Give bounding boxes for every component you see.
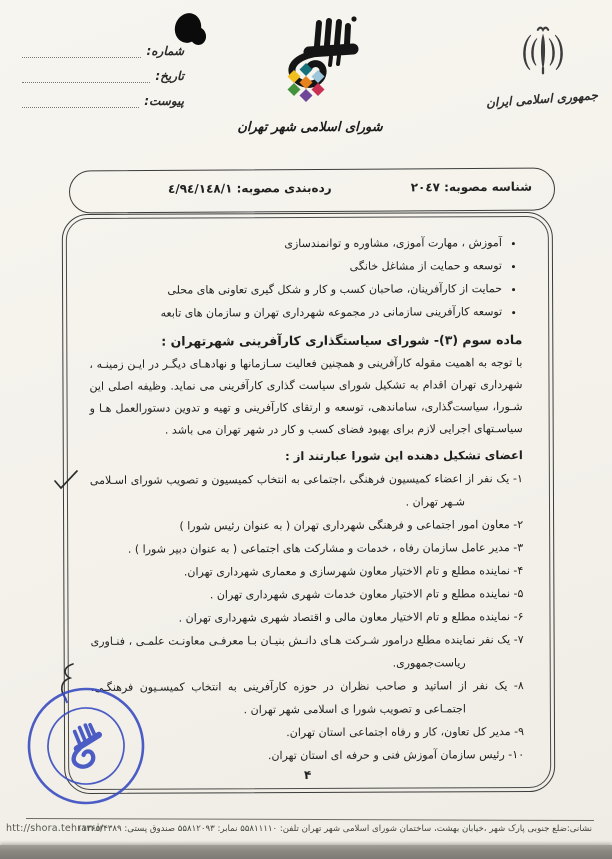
field-date-label: تاریخ: <box>150 69 184 83</box>
letterhead-fields: شماره: تاریخ: پیوست: <box>22 44 184 119</box>
ink-blot <box>168 10 212 54</box>
member-item: ۷- یک نفر نماینده مطلع درامور شـرکت هـای… <box>91 628 524 676</box>
scanned-document-page: جمهوری اسلامی ایران <box>0 0 612 859</box>
office-stamp: اداره مصوبات شورای اسلامی شهر تهران ✽ <box>24 684 148 808</box>
meta-bar: شناسه مصوبه: ۲۰٤۷ رده‌بندی مصوبه: ٤/٩٤/١… <box>69 168 555 214</box>
scan-edge <box>0 845 612 859</box>
field-attachment-line <box>22 94 139 108</box>
member-item: ۲- معاون امور اجتماعی و فرهنگی شهرداری ت… <box>90 513 523 538</box>
field-attachment: پیوست: <box>22 94 184 108</box>
iran-emblem-block: جمهوری اسلامی ایران <box>488 24 598 106</box>
member-item: ۱۰- رئیس سازمان آموزش فنی و حرفه ای استا… <box>91 743 524 768</box>
approval-classification-value: ٤/٩٤/١٤٨/١ <box>168 181 233 195</box>
bullet-item: توسعه و حمایت از مشاغل خانگی <box>89 254 502 279</box>
republic-caption: جمهوری اسلامی ایران <box>488 88 599 110</box>
footer-url: htt://shora.tehran.ir <box>6 823 104 834</box>
member-item: ۳- مدیر عامل سازمان رفاه ، خدمات و مشارک… <box>90 536 523 561</box>
members-list: ۱- یک نفر از اعضاء کمیسیون فرهنگی ،اجتما… <box>90 467 524 768</box>
checkmark-annotation <box>52 468 80 494</box>
iran-emblem-icon <box>517 24 569 86</box>
bullet-list: آموزش ، مهارت آموزی، مشاوره و توانمندساز… <box>89 231 516 325</box>
council-logo-icon <box>235 10 385 114</box>
field-date: تاریخ: <box>22 69 184 83</box>
field-attachment-label: پیوست: <box>139 94 184 108</box>
member-item: ۹- مدیر کل تعاون، کار و رفاه اجتماعی است… <box>91 720 524 745</box>
member-item: ۴- نماینده مطلع و تام الاختیار معاون شهر… <box>90 559 523 584</box>
approval-classification-label: رده‌بندی مصوبه: <box>237 181 332 196</box>
member-item: ۱- یک نفر از اعضاء کمیسیون فرهنگی ،اجتما… <box>90 467 523 515</box>
field-number: شماره: <box>22 44 184 58</box>
bullet-item: آموزش ، مهارت آموزی، مشاوره و توانمندساز… <box>89 231 502 256</box>
approval-id: شناسه مصوبه: ۲۰٤۷ <box>411 180 532 195</box>
article-heading: ماده سوم (۳)- شورای سیاستگذاری کارآفرینی… <box>89 330 522 351</box>
field-number-line <box>22 44 141 58</box>
council-caption: شورای اسلامی شهر تهران <box>226 120 394 135</box>
members-heading: اعضای تشکیل دهنده این شورا عبارتند از : <box>90 445 523 467</box>
member-item: ۸- یک نفر از اساتید و صاحب نظران در حوزه… <box>91 674 524 722</box>
approval-classification: رده‌بندی مصوبه: ٤/٩٤/١٤٨/١ <box>168 181 332 196</box>
page-number: ۴ <box>91 767 524 783</box>
footer-divider <box>26 818 594 821</box>
member-item: ۵- نماینده مطلع و تام الاختیار معاون خدم… <box>90 582 523 607</box>
approval-id-label: شناسه مصوبه: <box>444 180 532 195</box>
bullet-item: حمایت از کارآفرینان، صاحبان کسب و کار و … <box>89 277 502 302</box>
member-item: ۶- نماینده مطلع و تام الاختیار معاون مال… <box>90 605 523 630</box>
approval-id-value: ۲۰٤۷ <box>411 180 440 194</box>
council-logo-block: شورای اسلامی شهر تهران <box>226 10 394 135</box>
bullet-item: توسعه کارآفرینی سازمانی در مجموعه شهردار… <box>89 300 502 325</box>
article-paragraph: با توجه به اهمیت مقوله کارآفرینی و همچنی… <box>89 352 522 442</box>
footer-address: نشانی:ضلع جنوبی پارک شهر ،خیابان بهشت، س… <box>77 824 592 834</box>
field-date-line <box>22 69 150 83</box>
